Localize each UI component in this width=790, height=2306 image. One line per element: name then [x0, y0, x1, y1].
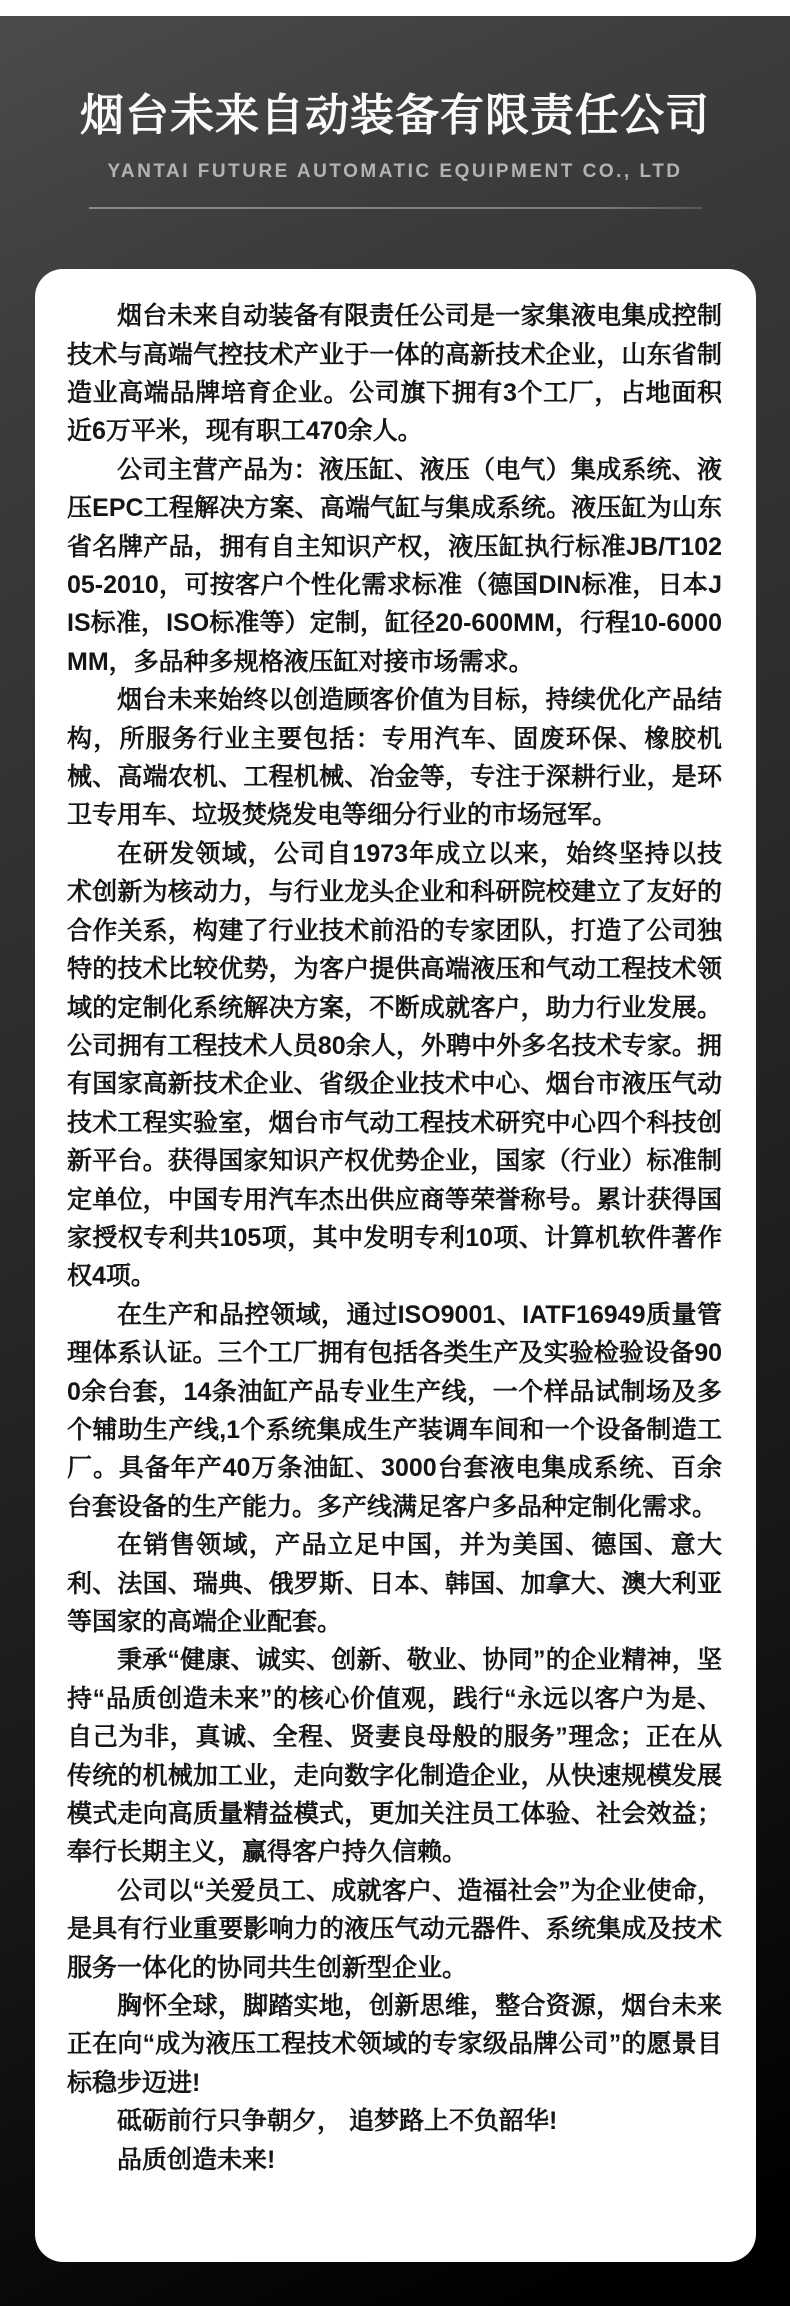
top-white-strip: [0, 0, 790, 16]
company-intro-card: 烟台未来自动装备有限责任公司是一家集液电集成控制技术与高端气控技术产业于一体的高…: [35, 269, 756, 2262]
company-profile-page: 烟台未来自动装备有限责任公司 YANTAI FUTURE AUTOMATIC E…: [0, 0, 790, 2306]
dark-gradient-background: 烟台未来自动装备有限责任公司 YANTAI FUTURE AUTOMATIC E…: [0, 16, 790, 2306]
paragraph-slogan-forge-ahead: 砥砺前行只争朝夕， 追梦路上不负韶华!: [67, 2102, 722, 2140]
paragraph-main-products: 公司主营产品为：液压缸、液压（电气）集成系统、液压EPC工程解决方案、高端气缸与…: [67, 451, 722, 681]
paragraph-company-overview: 烟台未来自动装备有限责任公司是一家集液电集成控制技术与高端气控技术产业于一体的高…: [67, 297, 722, 451]
paragraph-slogan-quality: 品质创造未来!: [67, 2141, 722, 2179]
company-title: 烟台未来自动装备有限责任公司: [20, 93, 770, 139]
paragraph-corporate-mission: 公司以“关爱员工、成就客户、造福社会”为企业使命，是具有行业重要影响力的液压气动…: [67, 1872, 722, 1987]
paragraph-served-industries: 烟台未来始终以创造顾客价值为目标，持续优化产品结构，所服务行业主要包括：专用汽车…: [67, 681, 722, 835]
paragraph-rnd-achievements: 在研发领域，公司自1973年成立以来，始终坚持以技术创新为核动力，与行业龙头企业…: [67, 835, 722, 1296]
page-header: 烟台未来自动装备有限责任公司 YANTAI FUTURE AUTOMATIC E…: [0, 93, 790, 209]
paragraph-sales-markets: 在销售领域，产品立足中国，并为美国、德国、意大利、法国、瑞典、俄罗斯、日本、韩国…: [67, 1526, 722, 1641]
paragraph-production-quality: 在生产和品控领域，通过ISO9001、IATF16949质量管理体系认证。三个工…: [67, 1296, 722, 1526]
paragraph-vision-goal: 胸怀全球，脚踏实地，创新思维，整合资源，烟台未来正在向“成为液压工程技术领域的专…: [67, 1987, 722, 2102]
header-divider: [89, 207, 702, 209]
paragraph-corporate-values: 秉承“健康、诚实、创新、敬业、协同”的企业精神，坚持“品质创造未来”的核心价值观…: [67, 1641, 722, 1871]
company-subtitle-en: YANTAI FUTURE AUTOMATIC EQUIPMENT CO., L…: [0, 161, 790, 183]
